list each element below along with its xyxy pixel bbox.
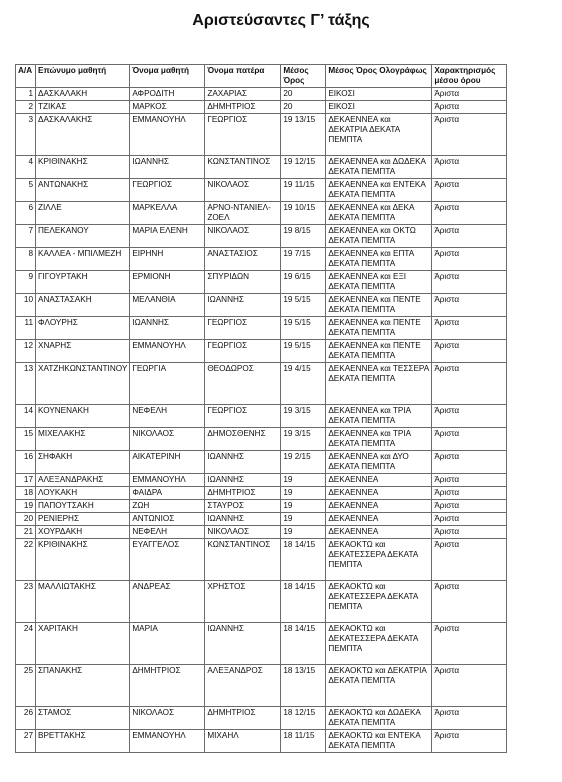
cell-grade: Άριστα — [432, 248, 507, 271]
table-row: 22ΚΡΙΘΙΝΑΚΗΣΕΥΑΓΓΕΛΟΣΚΩΝΣΤΑΝΤΙΝΟΣ18 14/1… — [16, 539, 507, 581]
cell-grade: Άριστα — [432, 405, 507, 428]
cell-surname: ΚΡΙΘΙΝΑΚΗΣ — [36, 156, 130, 179]
cell-aa: 2 — [16, 101, 36, 114]
cell-average-words: ΔΕΚΑΕΝΝΕΑ και ΕΝΤΕΚΑ ΔΕΚΑΤΑ ΠΕΜΠΤΑ — [326, 179, 432, 202]
table-row: 17ΑΛΕΞΑΝΔΡΑΚΗΣΕΜΜΑΝΟΥΗΛΙΩΑΝΝΗΣ19ΔΕΚΑΕΝΝΕ… — [16, 474, 507, 487]
cell-aa: 21 — [16, 526, 36, 539]
cell-father: ΙΩΑΝΝΗΣ — [205, 474, 281, 487]
cell-name: ΓΕΩΡΓΙΑ — [130, 363, 205, 405]
cell-name: ΜΑΡΚΟΣ — [130, 101, 205, 114]
page-title: Αριστεύσαντες Γ’ τάξης — [0, 12, 562, 30]
cell-average-words: ΔΕΚΑΕΝΝΕΑ και ΤΡΙΑ ΔΕΚΑΤΑ ΠΕΜΠΤΑ — [326, 405, 432, 428]
cell-father: ΔΗΜΗΤΡΙΟΣ — [205, 487, 281, 500]
cell-aa: 25 — [16, 665, 36, 707]
table-row: 12ΧΝΑΡΗΣΕΜΜΑΝΟΥΗΛΓΕΩΡΓΙΟΣ19 5/15ΔΕΚΑΕΝΝΕ… — [16, 340, 507, 363]
table-row: 23ΜΑΛΛΙΩΤΑΚΗΣΑΝΔΡΕΑΣΧΡΗΣΤΟΣ18 14/15ΔΕΚΑΟ… — [16, 581, 507, 623]
cell-surname: ΣΠΑΝΑΚΗΣ — [36, 665, 130, 707]
cell-name: ΜΑΡΙΑ — [130, 623, 205, 665]
cell-father: ΙΩΑΝΝΗΣ — [205, 513, 281, 526]
cell-father: ΘΕΟΔΩΡΟΣ — [205, 363, 281, 405]
cell-grade: Άριστα — [432, 317, 507, 340]
cell-average-words: ΔΕΚΑΕΝΝΕΑ και ΕΞΙ ΔΕΚΑΤΑ ΠΕΜΠΤΑ — [326, 271, 432, 294]
cell-aa: 22 — [16, 539, 36, 581]
cell-father: ΚΩΝΣΤΑΝΤΙΝΟΣ — [205, 539, 281, 581]
table-row: 25ΣΠΑΝΑΚΗΣΔΗΜΗΤΡΙΟΣΑΛΕΞΑΝΔΡΟΣ18 13/15ΔΕΚ… — [16, 665, 507, 707]
cell-father: ΑΡΝΟ-ΝΤΑΝΙΕΛ-ΖΟΕΛ — [205, 202, 281, 225]
cell-surname: ΠΕΛΕΚΑΝΟΥ — [36, 225, 130, 248]
table-row: 2ΤΖΙΚΑΣΜΑΡΚΟΣΔΗΜΗΤΡΙΟΣ20ΕΙΚΟΣΙΆριστα — [16, 101, 507, 114]
cell-father: ΚΩΝΣΤΑΝΤΙΝΟΣ — [205, 156, 281, 179]
table-row: 21ΧΟΥΡΔΑΚΗΝΕΦΕΛΗΝΙΚΟΛΑΟΣ19ΔΕΚΑΕΝΝΕΑΆριστ… — [16, 526, 507, 539]
cell-grade: Άριστα — [432, 707, 507, 730]
cell-average-words: ΔΕΚΑΕΝΝΕΑ και ΔΩΔΕΚΑ ΔΕΚΑΤΑ ΠΕΜΠΤΑ — [326, 156, 432, 179]
cell-father: ΓΕΩΡΓΙΟΣ — [205, 317, 281, 340]
cell-name: ΝΙΚΟΛΑΟΣ — [130, 428, 205, 451]
cell-average: 19 — [281, 513, 326, 526]
cell-aa: 20 — [16, 513, 36, 526]
table-row: 14ΚΟΥΝΕΝΑΚΗΝΕΦΕΛΗΓΕΩΡΓΙΟΣ19 3/15ΔΕΚΑΕΝΝΕ… — [16, 405, 507, 428]
cell-surname: ΦΛΟΥΡΗΣ — [36, 317, 130, 340]
cell-average: 19 13/15 — [281, 114, 326, 156]
cell-father: ΣΠΥΡΙΔΩΝ — [205, 271, 281, 294]
cell-surname: ΒΡΕΤΤΑΚΗΣ — [36, 730, 130, 753]
cell-average: 19 5/15 — [281, 340, 326, 363]
cell-name: ΕΜΜΑΝΟΥΗΛ — [130, 474, 205, 487]
cell-grade: Άριστα — [432, 581, 507, 623]
cell-aa: 11 — [16, 317, 36, 340]
cell-father: ΝΙΚΟΛΑΟΣ — [205, 225, 281, 248]
cell-surname: ΧΑΤΖΗΚΩΝΣΤΑΝΤΙΝΟΥ — [36, 363, 130, 405]
cell-average: 19 3/15 — [281, 428, 326, 451]
cell-average-words: ΔΕΚΑΟΚΤΩ και ΔΕΚΑΤΕΣΣΕΡΑ ΔΕΚΑΤΑ ΠΕΜΠΤΑ — [326, 539, 432, 581]
cell-surname: ΓΙΓΟΥΡΤΑΚΗ — [36, 271, 130, 294]
cell-average-words: ΔΕΚΑΕΝΝΕΑ — [326, 474, 432, 487]
table-row: 5ΑΝΤΩΝΑΚΗΣΓΕΩΡΓΙΟΣΝΙΚΟΛΑΟΣ19 11/15ΔΕΚΑΕΝ… — [16, 179, 507, 202]
cell-average-words: ΔΕΚΑΟΚΤΩ και ΔΕΚΑΤΡΙΑ ΔΕΚΑΤΑ ΠΕΜΠΤΑ — [326, 665, 432, 707]
table-row: 15ΜΙΧΕΛΑΚΗΣΝΙΚΟΛΑΟΣΔΗΜΟΣΘΕΝΗΣ19 3/15ΔΕΚΑ… — [16, 428, 507, 451]
cell-grade: Άριστα — [432, 539, 507, 581]
cell-average: 18 14/15 — [281, 539, 326, 581]
cell-average-words: ΔΕΚΑΟΚΤΩ και ΔΕΚΑΤΕΣΣΕΡΑ ΔΕΚΑΤΑ ΠΕΜΠΤΑ — [326, 581, 432, 623]
cell-aa: 1 — [16, 88, 36, 101]
cell-grade: Άριστα — [432, 428, 507, 451]
cell-aa: 5 — [16, 179, 36, 202]
cell-aa: 14 — [16, 405, 36, 428]
cell-name: ΝΙΚΟΛΑΟΣ — [130, 707, 205, 730]
cell-aa: 26 — [16, 707, 36, 730]
cell-aa: 6 — [16, 202, 36, 225]
cell-grade: Άριστα — [432, 225, 507, 248]
header-grade: Χαρακτηρισμός μέσου όρου — [432, 65, 507, 88]
cell-father: ΜΙΧΑΗΛ — [205, 730, 281, 753]
cell-average: 19 — [281, 500, 326, 513]
cell-surname: ΧΟΥΡΔΑΚΗ — [36, 526, 130, 539]
cell-grade: Άριστα — [432, 156, 507, 179]
cell-name: ΕΜΜΑΝΟΥΗΛ — [130, 340, 205, 363]
cell-father: ΔΗΜΗΤΡΙΟΣ — [205, 101, 281, 114]
cell-surname: ΧΑΡΙΤΑΚΗ — [36, 623, 130, 665]
cell-average: 20 — [281, 101, 326, 114]
cell-name: ΑΝΔΡΕΑΣ — [130, 581, 205, 623]
cell-aa: 15 — [16, 428, 36, 451]
cell-aa: 17 — [16, 474, 36, 487]
cell-surname: ΛΟΥΚΑΚΗ — [36, 487, 130, 500]
cell-average-words: ΔΕΚΑΟΚΤΩ και ΔΩΔΕΚΑ ΔΕΚΑΤΑ ΠΕΜΠΤΑ — [326, 707, 432, 730]
cell-average-words: ΕΙΚΟΣΙ — [326, 101, 432, 114]
cell-grade: Άριστα — [432, 101, 507, 114]
cell-name: ΕΥΑΓΓΕΛΟΣ — [130, 539, 205, 581]
table-row: 8ΚΑΛΛΕΑ - ΜΠΙΛΜΕΖΗΕΙΡΗΝΗΑΝΑΣΤΑΣΙΟΣ19 7/1… — [16, 248, 507, 271]
table-row: 19ΠΑΠΟΥΤΣΑΚΗΖΩΗΣΤΑΥΡΟΣ19ΔΕΚΑΕΝΝΕΑΆριστα — [16, 500, 507, 513]
cell-average: 19 6/15 — [281, 271, 326, 294]
cell-average-words: ΔΕΚΑΕΝΝΕΑ και ΠΕΝΤΕ ΔΕΚΑΤΑ ΠΕΜΠΤΑ — [326, 294, 432, 317]
cell-average-words: ΔΕΚΑΕΝΝΕΑ και ΕΠΤΑ ΔΕΚΑΤΑ ΠΕΜΠΤΑ — [326, 248, 432, 271]
cell-father: ΧΡΗΣΤΟΣ — [205, 581, 281, 623]
header-average-words: Μέσος Όρος Ολογράφως — [326, 65, 432, 88]
cell-name: ΕΜΜΑΝΟΥΗΛ — [130, 730, 205, 753]
header-father: Όνομα πατέρα — [205, 65, 281, 88]
cell-grade: Άριστα — [432, 526, 507, 539]
cell-average: 20 — [281, 88, 326, 101]
cell-grade: Άριστα — [432, 179, 507, 202]
header-aa: Α/Α — [16, 65, 36, 88]
cell-name: ΑΙΚΑΤΕΡΙΝΗ — [130, 451, 205, 474]
cell-name: ΕΙΡΗΝΗ — [130, 248, 205, 271]
cell-grade: Άριστα — [432, 730, 507, 753]
honor-students-table: Α/Α Επώνυμο μαθητή Όνομα μαθητή Όνομα πα… — [15, 64, 507, 753]
cell-surname: ΣΗΦΑΚΗ — [36, 451, 130, 474]
table-row: 20ΡΕΝΙΕΡΗΣΑΝΤΩΝΙΟΣΙΩΑΝΝΗΣ19ΔΕΚΑΕΝΝΕΑΆρισ… — [16, 513, 507, 526]
cell-aa: 10 — [16, 294, 36, 317]
cell-name: ΝΕΦΕΛΗ — [130, 526, 205, 539]
cell-name: ΕΜΜΑΝΟΥΗΛ — [130, 114, 205, 156]
cell-name: ΕΡΜΙΟΝΗ — [130, 271, 205, 294]
cell-average-words: ΔΕΚΑΕΝΝΕΑ και ΠΕΝΤΕ ΔΕΚΑΤΑ ΠΕΜΠΤΑ — [326, 340, 432, 363]
table-row: 24ΧΑΡΙΤΑΚΗΜΑΡΙΑΙΩΑΝΝΗΣ18 14/15ΔΕΚΑΟΚΤΩ κ… — [16, 623, 507, 665]
cell-grade: Άριστα — [432, 340, 507, 363]
cell-father: ΓΕΩΡΓΙΟΣ — [205, 340, 281, 363]
cell-average: 19 10/15 — [281, 202, 326, 225]
cell-aa: 8 — [16, 248, 36, 271]
cell-average: 19 11/15 — [281, 179, 326, 202]
cell-average: 18 14/15 — [281, 581, 326, 623]
cell-grade: Άριστα — [432, 623, 507, 665]
table-row: 9ΓΙΓΟΥΡΤΑΚΗΕΡΜΙΟΝΗΣΠΥΡΙΔΩΝ19 6/15ΔΕΚΑΕΝΝ… — [16, 271, 507, 294]
cell-name: ΔΗΜΗΤΡΙΟΣ — [130, 665, 205, 707]
cell-aa: 3 — [16, 114, 36, 156]
cell-average-words: ΔΕΚΑΟΚΤΩ και ΕΝΤΕΚΑ ΔΕΚΑΤΑ ΠΕΜΠΤΑ — [326, 730, 432, 753]
cell-father: ΓΕΩΡΓΙΟΣ — [205, 405, 281, 428]
cell-grade: Άριστα — [432, 88, 507, 101]
cell-average: 18 11/15 — [281, 730, 326, 753]
cell-average: 19 5/15 — [281, 317, 326, 340]
cell-aa: 24 — [16, 623, 36, 665]
cell-average: 18 14/15 — [281, 623, 326, 665]
cell-surname: ΑΝΤΩΝΑΚΗΣ — [36, 179, 130, 202]
cell-average: 19 3/15 — [281, 405, 326, 428]
header-surname: Επώνυμο μαθητή — [36, 65, 130, 88]
cell-average: 19 7/15 — [281, 248, 326, 271]
cell-average-words: ΔΕΚΑΕΝΝΕΑ — [326, 487, 432, 500]
cell-average: 19 — [281, 474, 326, 487]
cell-name: ΜΑΡΙΑ ΕΛΕΝΗ — [130, 225, 205, 248]
cell-surname: ΑΛΕΞΑΝΔΡΑΚΗΣ — [36, 474, 130, 487]
cell-father: ΙΩΑΝΝΗΣ — [205, 451, 281, 474]
cell-surname: ΚΑΛΛΕΑ - ΜΠΙΛΜΕΖΗ — [36, 248, 130, 271]
cell-father: ΙΩΑΝΝΗΣ — [205, 294, 281, 317]
cell-name: ΖΩΗ — [130, 500, 205, 513]
cell-aa: 18 — [16, 487, 36, 500]
cell-grade: Άριστα — [432, 513, 507, 526]
cell-average-words: ΔΕΚΑΕΝΝΕΑ — [326, 513, 432, 526]
cell-aa: 4 — [16, 156, 36, 179]
cell-average: 18 12/15 — [281, 707, 326, 730]
cell-father: ΔΗΜΟΣΘΕΝΗΣ — [205, 428, 281, 451]
cell-average: 19 8/15 — [281, 225, 326, 248]
cell-father: ΔΗΜΗΤΡΙΟΣ — [205, 707, 281, 730]
cell-father: ΙΩΑΝΝΗΣ — [205, 623, 281, 665]
cell-average-words: ΔΕΚΑΕΝΝΕΑ — [326, 526, 432, 539]
cell-aa: 13 — [16, 363, 36, 405]
table-row: 11ΦΛΟΥΡΗΣΙΩΑΝΝΗΣΓΕΩΡΓΙΟΣ19 5/15ΔΕΚΑΕΝΝΕΑ… — [16, 317, 507, 340]
cell-average-words: ΔΕΚΑΕΝΝΕΑ και ΤΡΙΑ ΔΕΚΑΤΑ ΠΕΜΠΤΑ — [326, 428, 432, 451]
cell-average: 19 5/15 — [281, 294, 326, 317]
cell-grade: Άριστα — [432, 363, 507, 405]
cell-aa: 7 — [16, 225, 36, 248]
cell-average-words: ΔΕΚΑΕΝΝΕΑ και ΔΕΚΑ ΔΕΚΑΤΑ ΠΕΜΠΤΑ — [326, 202, 432, 225]
cell-surname: ΑΝΑΣΤΑΣΑΚΗ — [36, 294, 130, 317]
cell-grade: Άριστα — [432, 202, 507, 225]
cell-aa: 23 — [16, 581, 36, 623]
cell-surname: ΔΑΣΚΑΛΑΚΗΣ — [36, 114, 130, 156]
cell-father: ΣΤΑΥΡΟΣ — [205, 500, 281, 513]
header-name: Όνομα μαθητή — [130, 65, 205, 88]
cell-grade: Άριστα — [432, 114, 507, 156]
cell-average: 19 2/15 — [281, 451, 326, 474]
table-row: 13ΧΑΤΖΗΚΩΝΣΤΑΝΤΙΝΟΥΓΕΩΡΓΙΑΘΕΟΔΩΡΟΣ19 4/1… — [16, 363, 507, 405]
cell-surname: ΖΙΛΛΕ — [36, 202, 130, 225]
table-row: 10ΑΝΑΣΤΑΣΑΚΗΜΕΛΑΝΘΙΑΙΩΑΝΝΗΣ19 5/15ΔΕΚΑΕΝ… — [16, 294, 507, 317]
cell-name: ΝΕΦΕΛΗ — [130, 405, 205, 428]
cell-average-words: ΔΕΚΑΕΝΝΕΑ και ΔΥΟ ΔΕΚΑΤΑ ΠΕΜΠΤΑ — [326, 451, 432, 474]
cell-name: ΓΕΩΡΓΙΟΣ — [130, 179, 205, 202]
cell-aa: 12 — [16, 340, 36, 363]
table-header-row: Α/Α Επώνυμο μαθητή Όνομα μαθητή Όνομα πα… — [16, 65, 507, 88]
cell-average-words: ΔΕΚΑΕΝΝΕΑ και ΠΕΝΤΕ ΔΕΚΑΤΑ ΠΕΜΠΤΑ — [326, 317, 432, 340]
cell-name: ΜΑΡΚΕΛΛΑ — [130, 202, 205, 225]
table-row: 6ΖΙΛΛΕΜΑΡΚΕΛΛΑΑΡΝΟ-ΝΤΑΝΙΕΛ-ΖΟΕΛ19 10/15Δ… — [16, 202, 507, 225]
cell-average: 19 4/15 — [281, 363, 326, 405]
cell-surname: ΔΑΣΚΑΛΑΚΗ — [36, 88, 130, 101]
cell-aa: 19 — [16, 500, 36, 513]
table-row: 26ΣΤΑΜΟΣΝΙΚΟΛΑΟΣΔΗΜΗΤΡΙΟΣ18 12/15ΔΕΚΑΟΚΤ… — [16, 707, 507, 730]
cell-name: ΜΕΛΑΝΘΙΑ — [130, 294, 205, 317]
cell-average: 18 13/15 — [281, 665, 326, 707]
cell-grade: Άριστα — [432, 500, 507, 513]
cell-father: ΑΛΕΞΑΝΔΡΟΣ — [205, 665, 281, 707]
cell-name: ΑΝΤΩΝΙΟΣ — [130, 513, 205, 526]
cell-surname: ΜΙΧΕΛΑΚΗΣ — [36, 428, 130, 451]
cell-father: ΑΝΑΣΤΑΣΙΟΣ — [205, 248, 281, 271]
cell-father: ΝΙΚΟΛΑΟΣ — [205, 179, 281, 202]
cell-average-words: ΔΕΚΑΕΝΝΕΑ και ΔΕΚΑΤΡΙΑ ΔΕΚΑΤΑ ΠΕΜΠΤΑ — [326, 114, 432, 156]
cell-average-words: ΔΕΚΑΕΝΝΕΑ και ΟΚΤΩ ΔΕΚΑΤΑ ΠΕΜΠΤΑ — [326, 225, 432, 248]
cell-surname: ΚΟΥΝΕΝΑΚΗ — [36, 405, 130, 428]
cell-father: ΝΙΚΟΛΑΟΣ — [205, 526, 281, 539]
cell-father: ΖΑΧΑΡΙΑΣ — [205, 88, 281, 101]
cell-grade: Άριστα — [432, 665, 507, 707]
cell-father: ΓΕΩΡΓΙΟΣ — [205, 114, 281, 156]
cell-average: 19 12/15 — [281, 156, 326, 179]
cell-name: ΑΦΡΟΔΙΤΗ — [130, 88, 205, 101]
cell-aa: 27 — [16, 730, 36, 753]
cell-surname: ΚΡΙΘΙΝΑΚΗΣ — [36, 539, 130, 581]
cell-surname: ΠΑΠΟΥΤΣΑΚΗ — [36, 500, 130, 513]
table-row: 1ΔΑΣΚΑΛΑΚΗΑΦΡΟΔΙΤΗΖΑΧΑΡΙΑΣ20ΕΙΚΟΣΙΆριστα — [16, 88, 507, 101]
table-row: 27ΒΡΕΤΤΑΚΗΣΕΜΜΑΝΟΥΗΛΜΙΧΑΗΛ18 11/15ΔΕΚΑΟΚ… — [16, 730, 507, 753]
cell-grade: Άριστα — [432, 294, 507, 317]
table-row: 3ΔΑΣΚΑΛΑΚΗΣΕΜΜΑΝΟΥΗΛΓΕΩΡΓΙΟΣ19 13/15ΔΕΚΑ… — [16, 114, 507, 156]
cell-surname: ΣΤΑΜΟΣ — [36, 707, 130, 730]
table-row: 16ΣΗΦΑΚΗΑΙΚΑΤΕΡΙΝΗΙΩΑΝΝΗΣ19 2/15ΔΕΚΑΕΝΝΕ… — [16, 451, 507, 474]
cell-average-words: ΔΕΚΑΕΝΝΕΑ — [326, 500, 432, 513]
cell-average-words: ΕΙΚΟΣΙ — [326, 88, 432, 101]
cell-surname: ΜΑΛΛΙΩΤΑΚΗΣ — [36, 581, 130, 623]
cell-surname: ΤΖΙΚΑΣ — [36, 101, 130, 114]
cell-grade: Άριστα — [432, 271, 507, 294]
cell-average-words: ΔΕΚΑΕΝΝΕΑ και ΤΕΣΣΕΡΑ ΔΕΚΑΤΑ ΠΕΜΠΤΑ — [326, 363, 432, 405]
cell-average: 19 — [281, 487, 326, 500]
cell-grade: Άριστα — [432, 451, 507, 474]
cell-surname: ΡΕΝΙΕΡΗΣ — [36, 513, 130, 526]
cell-aa: 16 — [16, 451, 36, 474]
cell-aa: 9 — [16, 271, 36, 294]
cell-surname: ΧΝΑΡΗΣ — [36, 340, 130, 363]
cell-grade: Άριστα — [432, 487, 507, 500]
table-row: 4ΚΡΙΘΙΝΑΚΗΣΙΩΑΝΝΗΣΚΩΝΣΤΑΝΤΙΝΟΣ19 12/15ΔΕ… — [16, 156, 507, 179]
table-row: 7ΠΕΛΕΚΑΝΟΥΜΑΡΙΑ ΕΛΕΝΗΝΙΚΟΛΑΟΣ19 8/15ΔΕΚΑ… — [16, 225, 507, 248]
cell-average-words: ΔΕΚΑΟΚΤΩ και ΔΕΚΑΤΕΣΣΕΡΑ ΔΕΚΑΤΑ ΠΕΜΠΤΑ — [326, 623, 432, 665]
cell-grade: Άριστα — [432, 474, 507, 487]
cell-name: ΦΑΙΔΡΑ — [130, 487, 205, 500]
table-row: 18ΛΟΥΚΑΚΗΦΑΙΔΡΑΔΗΜΗΤΡΙΟΣ19ΔΕΚΑΕΝΝΕΑΆριστ… — [16, 487, 507, 500]
cell-name: ΙΩΑΝΝΗΣ — [130, 317, 205, 340]
cell-average: 19 — [281, 526, 326, 539]
cell-name: ΙΩΑΝΝΗΣ — [130, 156, 205, 179]
header-average: Μέσος Όρος — [281, 65, 326, 88]
